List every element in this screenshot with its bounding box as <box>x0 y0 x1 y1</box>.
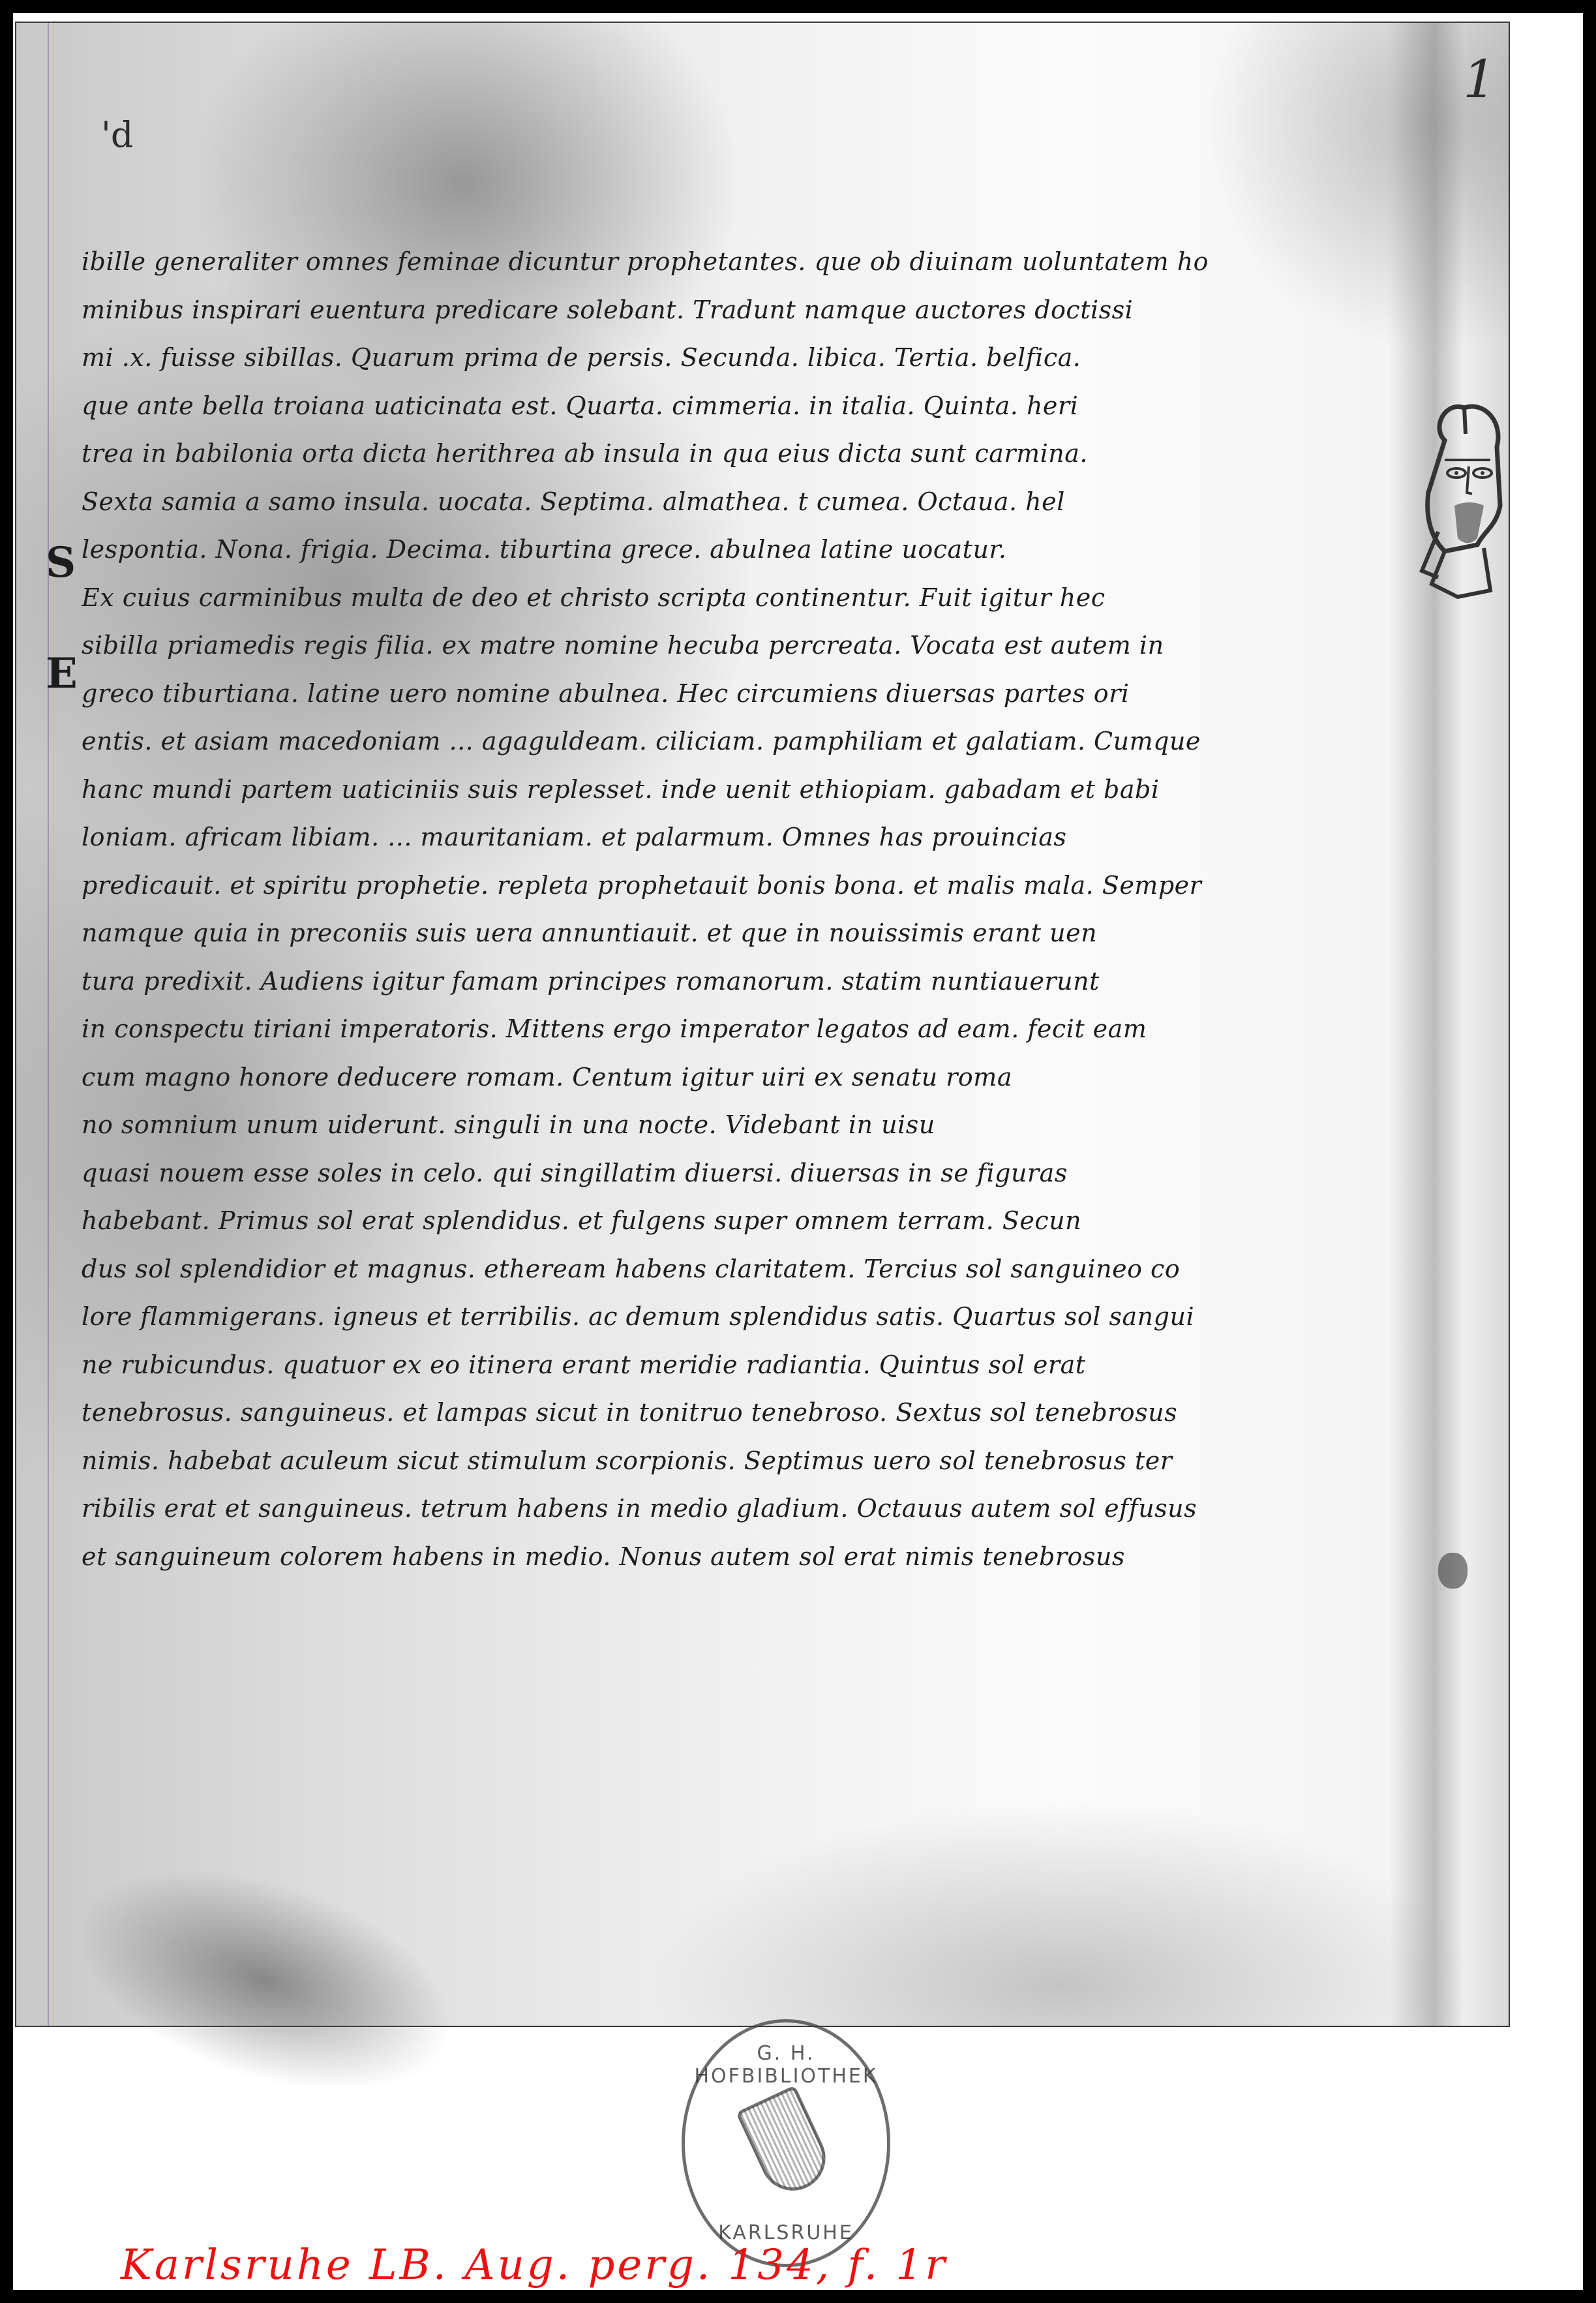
shelfmark-caption: Karlsruhe LB. Aug. perg. 134, f. 1r <box>121 2241 948 2289</box>
text-line: que ante bella troiana uaticinata est. Q… <box>82 382 1340 431</box>
text-line: habebant. Primus sol erat splendidus. et… <box>82 1197 1340 1245</box>
text-line: Sexta samia a samo insula. uocata. Septi… <box>82 478 1340 526</box>
sheet: 'd 1 S E ibille generaliter omnes femina… <box>13 13 1583 2290</box>
text-line: dus sol splendidior et magnus. etheream … <box>82 1245 1340 1294</box>
text-line: quasi nouem esse soles in celo. qui sing… <box>82 1150 1340 1198</box>
main-text-block: ibille generaliter omnes feminae dicuntu… <box>82 238 1340 1581</box>
text-line: hanc mundi partem uaticiniis suis reples… <box>82 766 1340 814</box>
text-line: lore flammigerans. igneus et terribilis.… <box>82 1293 1340 1341</box>
manuscript-photo: 'd 1 S E ibille generaliter omnes femina… <box>15 22 1510 2027</box>
text-line: ne rubicundus. quatuor ex eo itinera era… <box>82 1341 1340 1390</box>
initial-S: S <box>46 538 76 587</box>
text-line: minibus inspirari euentura predicare sol… <box>82 286 1340 335</box>
text-line: mi .x. fuisse sibillas. Quarum prima de … <box>82 334 1340 382</box>
marginal-head-drawing-icon <box>1419 401 1510 623</box>
text-line: entis. et asiam macedoniam ... agaguldea… <box>82 718 1340 766</box>
margin-ruling-line-2 <box>53 23 54 2026</box>
initial-E: E <box>46 649 78 698</box>
text-line: in conspectu tiriani imperatoris. Mitten… <box>82 1005 1340 1054</box>
shield-crown-icon <box>736 2085 836 2201</box>
text-line: tura predixit. Audiens igitur famam prin… <box>82 958 1340 1006</box>
text-line: no somnium unum uiderunt. singuli in una… <box>82 1101 1340 1150</box>
text-line: tenebrosus. sanguineus. et lampas sicut … <box>82 1389 1340 1437</box>
text-line: predicauit. et spiritu prophetie. replet… <box>82 862 1340 910</box>
text-line: Ex cuius carminibus multa de deo et chri… <box>82 574 1340 622</box>
text-line: nimis. habebat aculeum sicut stimulum sc… <box>82 1437 1340 1486</box>
text-line: cum magno honore deducere romam. Centum … <box>82 1054 1340 1102</box>
text-line: ibille generaliter omnes feminae dicuntu… <box>82 238 1340 286</box>
text-line: lespontia. Nona. frigia. Decima. tiburti… <box>82 526 1340 574</box>
text-line: et sanguineum colorem habens in medio. N… <box>82 1533 1340 1581</box>
margin-ruling-line <box>48 23 49 2026</box>
ink-blot <box>1438 1553 1468 1589</box>
text-line: namque quia in preconiis suis uera annun… <box>82 909 1340 958</box>
text-line: trea in babilonia orta dicta herithrea a… <box>82 430 1340 478</box>
ink-smudge <box>48 1827 480 2134</box>
stamp-top-text: G. H. HOFBIBLIOTHEK <box>685 2042 887 2088</box>
top-left-mark: 'd <box>101 114 133 155</box>
text-line: greco tiburtiana. latine uero nomine abu… <box>82 670 1340 718</box>
library-stamp: G. H. HOFBIBLIOTHEK KARLSRUHE <box>682 2019 890 2267</box>
text-line: ribilis erat et sanguineus. tetrum haben… <box>82 1485 1340 1533</box>
folio-number: 1 <box>1463 49 1496 110</box>
text-line: sibilla priamedis regis filia. ex matre … <box>82 622 1340 670</box>
text-line: loniam. africam libiam. ... mauritaniam.… <box>82 814 1340 862</box>
